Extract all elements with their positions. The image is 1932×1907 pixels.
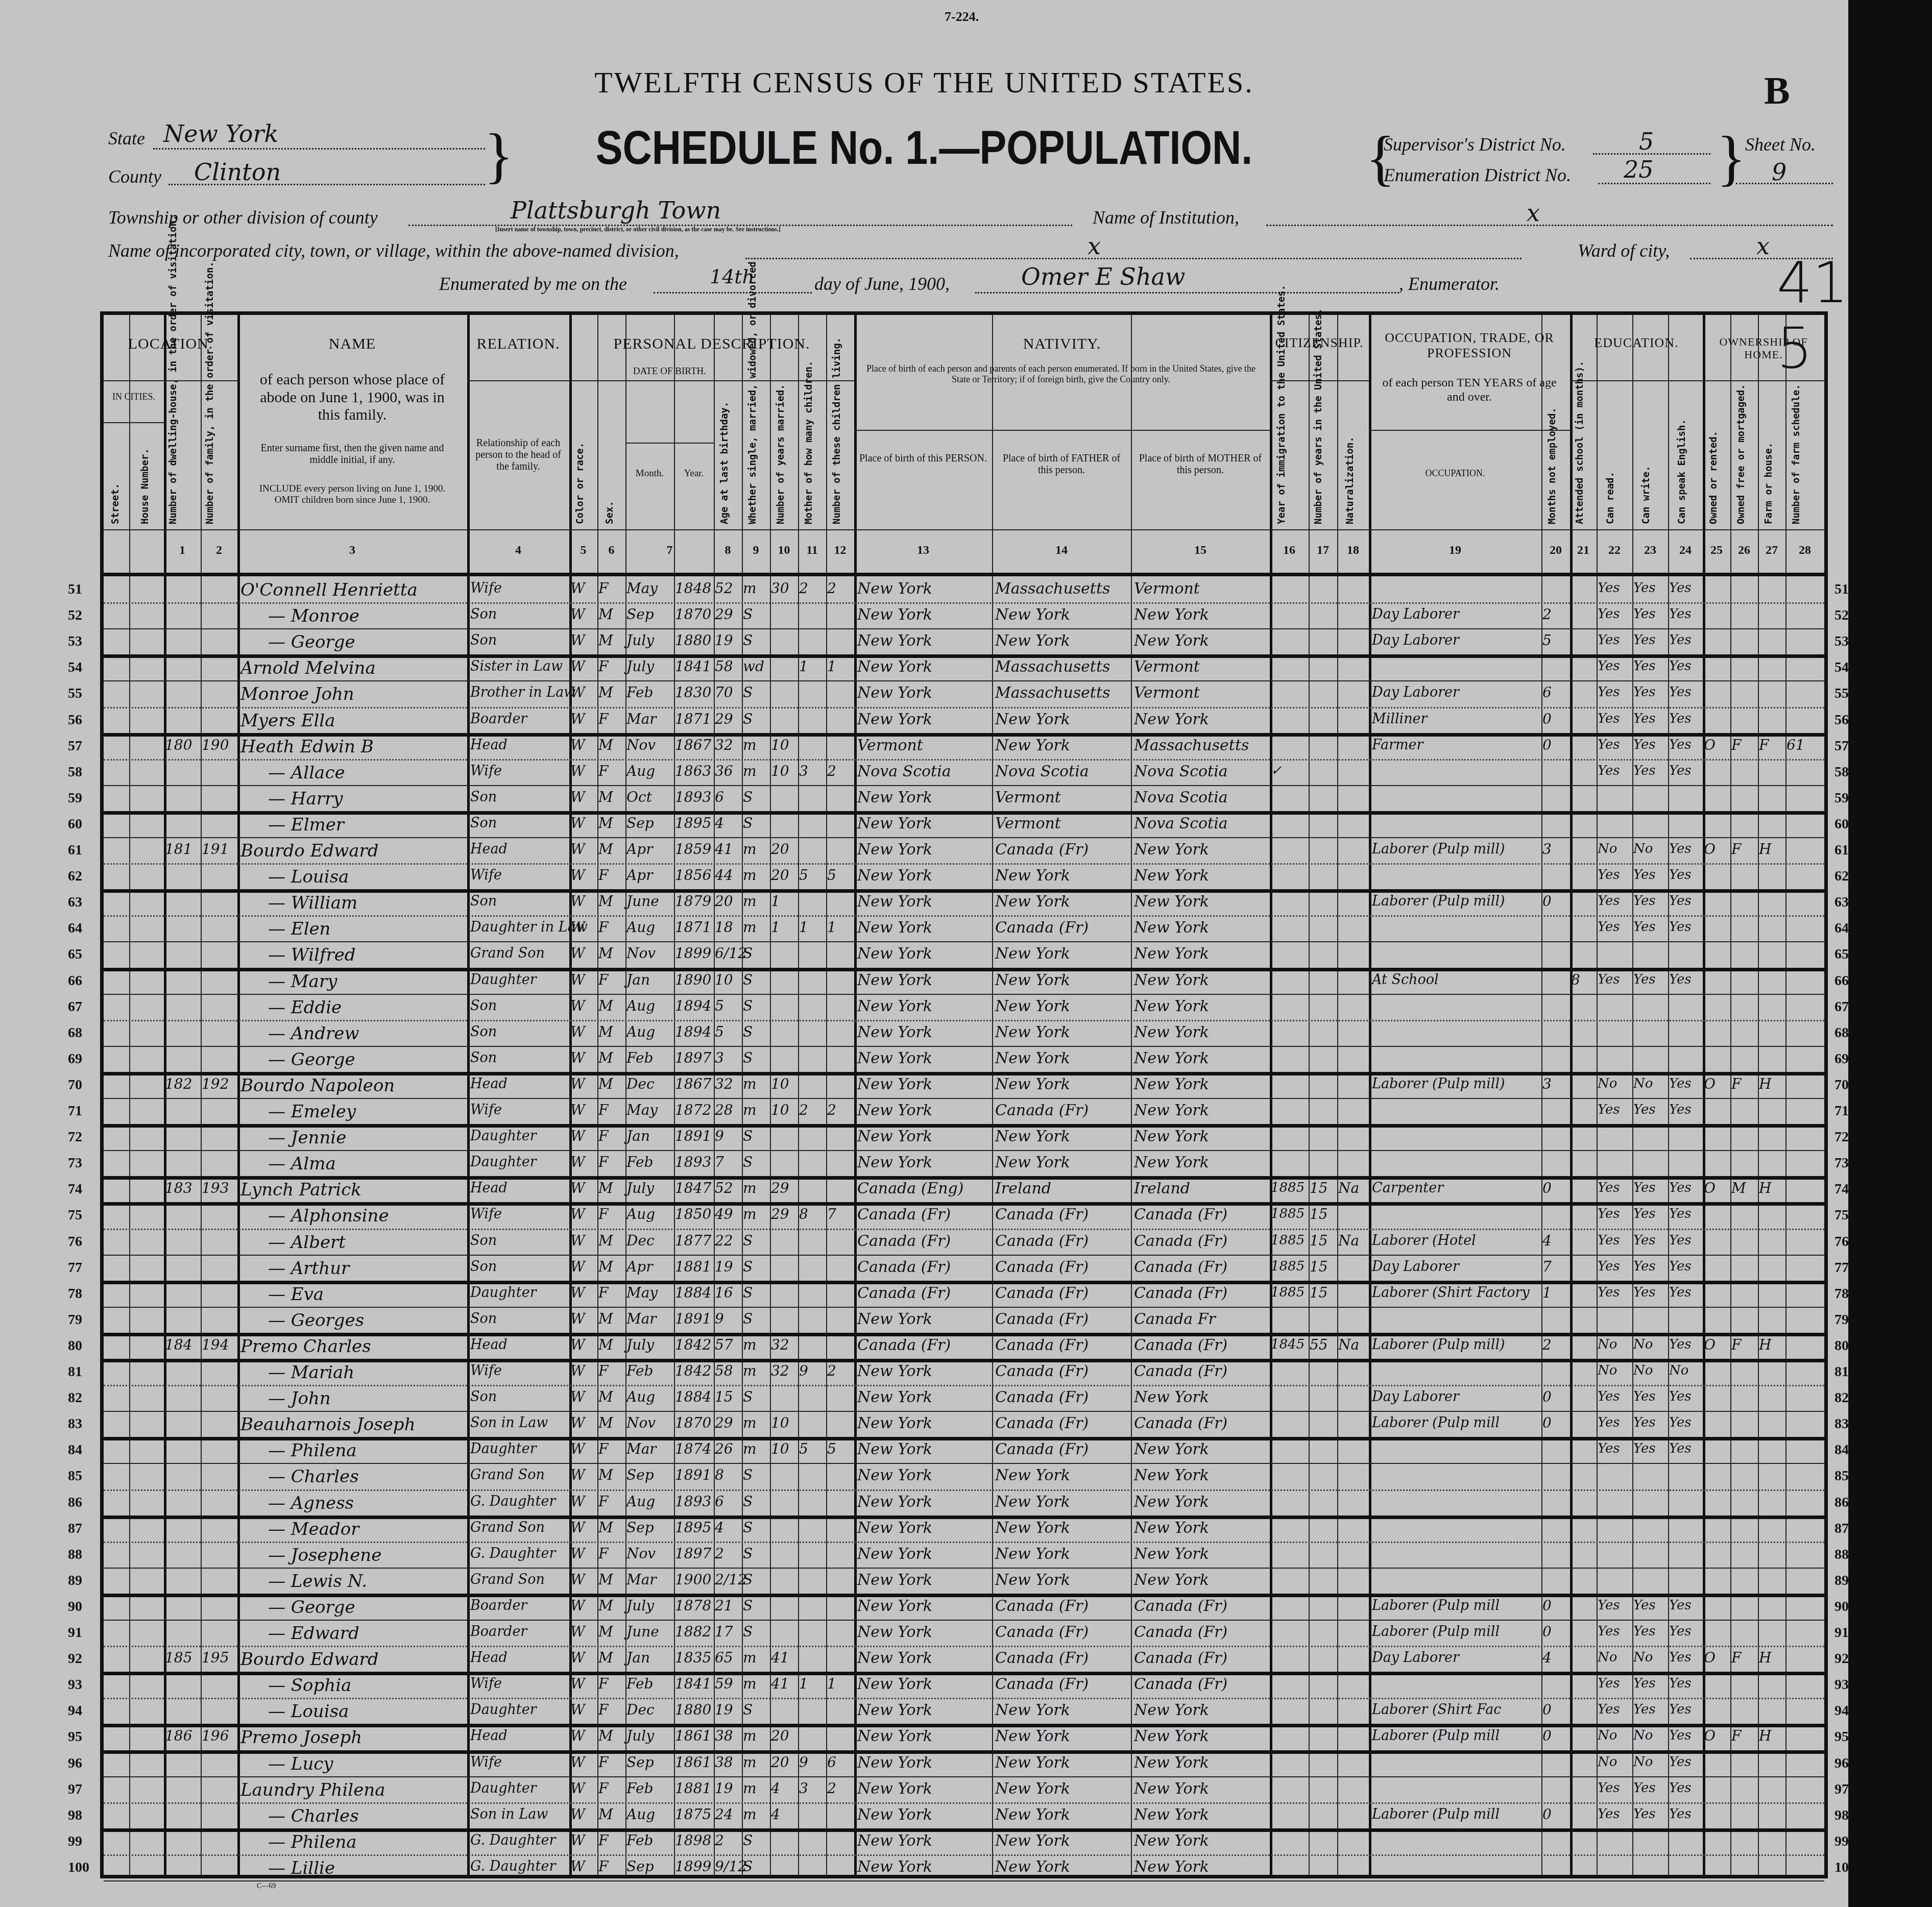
cell-mar: m: [743, 1103, 757, 1117]
cell-name: — William: [268, 894, 357, 912]
column-number: 7: [625, 544, 714, 557]
cell-moc: 3: [799, 764, 808, 778]
line-number-left: 74: [68, 1181, 82, 1197]
cell-occ: Day Laborer: [1372, 686, 1459, 699]
cell-mar: S: [743, 1860, 753, 1874]
cell-pob: New York: [857, 1364, 932, 1379]
cell-ym: 41: [771, 1677, 789, 1691]
cell-name: — Mary: [268, 973, 337, 990]
header-rule: [104, 573, 1824, 576]
line-number: 83: [1834, 1416, 1849, 1432]
cell-dw: 181: [165, 842, 192, 857]
enumerator-line: [975, 292, 1399, 294]
line-number-left: 52: [68, 607, 82, 624]
cell-read: Yes: [1598, 659, 1620, 673]
table-row: — EvaDaughterWFMay188416SCanada (Fr)Cana…: [104, 1281, 1824, 1307]
cell-year: 1899: [675, 946, 711, 961]
cell-read: Yes: [1598, 764, 1620, 777]
cell-color: W: [570, 1390, 585, 1404]
cell-sex: M: [598, 1729, 613, 1743]
cell-pobf: New York: [995, 1807, 1070, 1823]
cell-name: — Charles: [268, 1807, 359, 1825]
cell-pobf: New York: [995, 1495, 1070, 1510]
cell-month: Aug: [626, 1807, 655, 1822]
line-number-left: 93: [68, 1677, 82, 1693]
cell-pobf: Canada (Fr): [995, 1207, 1089, 1223]
cell-pobm: Nova Scotia: [1134, 790, 1228, 805]
cell-pob: New York: [857, 1103, 932, 1118]
cell-rel: Son: [470, 633, 497, 647]
cell-ym: 10: [771, 1077, 789, 1091]
cell-name: Monroe John: [240, 686, 354, 703]
table-row: 183193Lynch PatrickHeadWMJuly184752m29Ca…: [104, 1176, 1824, 1202]
cell-color: W: [570, 1495, 585, 1509]
cell-color: W: [570, 1129, 585, 1143]
cell-name: — Alma: [268, 1155, 336, 1172]
cell-rel: Son: [470, 1312, 497, 1326]
line-number: 53: [1834, 633, 1849, 650]
cell-read: No: [1598, 1364, 1617, 1377]
line-number: 67: [1834, 999, 1849, 1015]
cell-rel: Son: [470, 1051, 497, 1065]
cell-name: Arnold Melvina: [240, 659, 376, 677]
cell-eng: Yes: [1669, 1181, 1692, 1194]
cell-read: Yes: [1598, 1677, 1620, 1690]
table-row: Laundry PhilenaDaughterWFFeb188119m432Ne…: [104, 1776, 1824, 1802]
cell-rel: Head: [470, 1181, 508, 1195]
line-number-left: 76: [68, 1234, 82, 1250]
cell-pob: New York: [857, 894, 932, 910]
cell-pob: New York: [857, 1625, 932, 1640]
cell-year: 1847: [675, 1181, 711, 1195]
cell-ym: 4: [771, 1781, 780, 1796]
cell-mar: S: [743, 1390, 753, 1404]
cell-rel: Daughter: [470, 1129, 537, 1143]
census-sheet: 7-224. TWELFTH CENSUS OF THE UNITED STAT…: [0, 0, 1848, 1907]
cell-age: 19: [715, 1703, 733, 1717]
line-number-left: 77: [68, 1260, 82, 1276]
line-number: 82: [1834, 1390, 1849, 1406]
cell-year: 1894: [675, 999, 711, 1013]
cell-yrs: 15: [1310, 1207, 1328, 1221]
column-header-vertical: House Number.: [139, 397, 151, 524]
cell-fam: 195: [202, 1651, 229, 1665]
cell-age: 41: [715, 842, 733, 857]
cell-pobm: New York: [1134, 1729, 1209, 1744]
cell-age: 29: [715, 1416, 733, 1430]
cell-own: O: [1704, 1651, 1716, 1665]
cell-mne: 7: [1542, 1260, 1552, 1274]
line-number-left: 95: [68, 1729, 82, 1745]
cell-mar: S: [743, 999, 753, 1013]
cell-pobm: New York: [1134, 1547, 1209, 1562]
cell-year: 1898: [675, 1833, 711, 1848]
cell-name: — Lewis N.: [268, 1573, 367, 1590]
column-header-vertical: Street.: [110, 432, 121, 524]
cell-sex: M: [598, 1521, 613, 1535]
cell-pobm: New York: [1134, 1051, 1209, 1066]
cell-rel: Son: [470, 607, 497, 621]
ed-line: [1598, 183, 1710, 184]
cell-month: Jan: [626, 1129, 650, 1143]
cell-age: 9: [715, 1312, 724, 1326]
cell-mar: m: [743, 1364, 757, 1378]
cell-pobf: New York: [995, 894, 1070, 910]
cell-rel: Brother in Law: [470, 686, 575, 699]
cell-mar: S: [743, 1129, 753, 1143]
cell-mne: 2: [1542, 1338, 1552, 1352]
cell-pobf: New York: [995, 1155, 1070, 1170]
cell-month: May: [626, 1286, 658, 1300]
cell-pob: New York: [857, 868, 932, 884]
cell-imm: 1885: [1271, 1234, 1305, 1247]
line-number: 78: [1834, 1286, 1849, 1302]
cell-fh: H: [1759, 1077, 1771, 1091]
cell-read: Yes: [1598, 920, 1620, 934]
table-row: — LillieG. DaughterWFSep18999/12SNew Yor…: [104, 1854, 1824, 1880]
cell-ym: 20: [771, 1729, 789, 1743]
table-row: — MeadorGrand SonWMSep18954SNew YorkNew …: [104, 1515, 1824, 1542]
line-number: 66: [1834, 973, 1849, 989]
cell-year: 1879: [675, 894, 711, 909]
line-number: 57: [1834, 738, 1849, 754]
cell-year: 1894: [675, 1025, 711, 1039]
table-row: Beauharnois JosephSon in LawWMNov187029m…: [104, 1411, 1824, 1437]
cell-mne: 0: [1542, 1625, 1552, 1639]
line-number: 73: [1834, 1155, 1849, 1171]
line-number-left: 64: [68, 920, 82, 937]
cell-write: Yes: [1633, 1599, 1656, 1612]
table-row: — HarrySonWMOct18936SNew YorkVermontNova…: [104, 785, 1824, 811]
cell-mne: 3: [1542, 842, 1552, 857]
column-number: 2: [201, 544, 237, 557]
cell-own: O: [1704, 738, 1716, 752]
cell-eng: Yes: [1669, 1207, 1692, 1220]
column-header-vertical: Owned or rented.: [1708, 407, 1719, 524]
cell-color: W: [570, 1651, 585, 1665]
cell-write: Yes: [1633, 1286, 1656, 1299]
institution-label: Name of Institution,: [1093, 207, 1239, 228]
cell-pobm: New York: [1134, 1442, 1209, 1457]
cell-read: Yes: [1598, 1781, 1620, 1795]
cell-occ: Day Laborer: [1372, 1260, 1459, 1274]
cell-sex: M: [598, 1416, 613, 1430]
cell-name: Laundry Philena: [240, 1781, 385, 1799]
cell-sex: F: [598, 1547, 608, 1561]
cell-mar: m: [743, 1442, 757, 1456]
line-number: 68: [1834, 1025, 1849, 1041]
cell-color: W: [570, 816, 585, 830]
cell-pobm: Canada (Fr): [1134, 1651, 1227, 1666]
column-header-vertical: Naturalization.: [1344, 417, 1356, 524]
cell-month: Aug: [626, 999, 655, 1013]
cell-write: No: [1633, 1077, 1653, 1090]
cell-mar: S: [743, 1025, 753, 1039]
cell-name: Beauharnois Joseph: [240, 1416, 416, 1433]
cell-pob: Canada (Eng): [857, 1181, 964, 1196]
table-row: 186196Premo JosephHeadWMJuly186138m20New…: [104, 1724, 1824, 1750]
cell-year: 1867: [675, 1077, 711, 1091]
cell-write: Yes: [1633, 1103, 1656, 1116]
cell-month: Mar: [626, 1442, 657, 1456]
cell-pob: New York: [857, 1729, 932, 1744]
table-row: — ElenDaughter in LawWFAug187118m111New …: [104, 915, 1824, 941]
cell-pobm: New York: [1134, 894, 1209, 910]
cell-moc: 2: [799, 1103, 808, 1117]
cell-month: Aug: [626, 1207, 655, 1221]
cell-imm: 1885: [1271, 1260, 1305, 1273]
cell-mar: m: [743, 764, 757, 778]
cell-sex: M: [598, 1234, 613, 1248]
line-number: 99: [1834, 1833, 1849, 1850]
cell-color: W: [570, 920, 585, 935]
cell-fh: H: [1759, 1338, 1771, 1352]
cell-pobf: New York: [995, 1573, 1070, 1588]
cell-month: Dec: [626, 1077, 655, 1091]
cell-rel: Son: [470, 894, 497, 908]
cell-name: — Monroe: [268, 607, 359, 625]
cell-year: 1897: [675, 1051, 711, 1065]
header-rule: [104, 422, 164, 423]
cell-pobm: New York: [1134, 1025, 1209, 1040]
cell-pobf: New York: [995, 1729, 1070, 1744]
cell-pobm: Nova Scotia: [1134, 764, 1228, 779]
cell-eng: Yes: [1669, 1703, 1692, 1716]
cell-rel: G. Daughter: [470, 1860, 556, 1873]
cell-ym: 10: [771, 764, 789, 778]
cell-mar: S: [743, 1312, 753, 1326]
cell-year: 1871: [675, 920, 711, 935]
cell-month: Feb: [626, 1833, 653, 1848]
cell-sex: F: [598, 712, 608, 726]
cell-fm: M: [1731, 1181, 1746, 1195]
line-number-left: 58: [68, 764, 82, 780]
cell-year: 1893: [675, 1155, 711, 1169]
cell-write: Yes: [1633, 581, 1656, 595]
cell-yrs: 15: [1310, 1260, 1328, 1274]
cell-month: May: [626, 581, 658, 596]
cell-month: Mar: [626, 1312, 657, 1326]
cell-write: Yes: [1633, 1781, 1656, 1795]
ed-value: 25: [1624, 156, 1654, 183]
cell-color: W: [570, 607, 585, 622]
line-number-left: 89: [68, 1573, 82, 1589]
cell-rel: Son in Law: [470, 1807, 548, 1821]
cell-age: 10: [715, 973, 733, 987]
column-header-vertical: Attended school (in months).: [1574, 361, 1585, 524]
cell-month: Sep: [626, 607, 654, 622]
cell-write: Yes: [1633, 1442, 1656, 1455]
cell-mar: S: [743, 1051, 753, 1065]
cell-pobm: New York: [1134, 946, 1209, 962]
cell-pobm: New York: [1134, 1103, 1209, 1118]
cell-sex: F: [598, 868, 608, 883]
cell-moc: 5: [799, 868, 808, 883]
cell-color: W: [570, 1807, 585, 1822]
cell-color: W: [570, 1051, 585, 1065]
cell-read: Yes: [1598, 1207, 1620, 1220]
cell-rel: Head: [470, 1338, 508, 1352]
cell-pobf: New York: [995, 1547, 1070, 1562]
cell-pob: New York: [857, 1416, 932, 1431]
header-rule: [1570, 380, 1824, 381]
supervisor-label: Supervisor's District No.: [1384, 134, 1566, 155]
cell-cl: 5: [827, 1442, 836, 1456]
cell-year: 1881: [675, 1260, 711, 1274]
line-number-left: 59: [68, 790, 82, 806]
cell-occ: Farmer: [1372, 738, 1423, 752]
cell-year: 1893: [675, 790, 711, 804]
cell-occ: Laborer (Shirt Factory: [1372, 1286, 1530, 1300]
column-number: 9: [742, 544, 770, 557]
cell-own: O: [1704, 1077, 1716, 1091]
cell-write: Yes: [1633, 1625, 1656, 1638]
cell-name: — Jennie: [268, 1129, 346, 1146]
column-number: 21: [1570, 544, 1597, 557]
cell-pob: New York: [857, 1495, 932, 1510]
cell-month: July: [626, 659, 654, 674]
cell-name: — Charles: [268, 1468, 359, 1485]
cell-ym: 20: [771, 842, 789, 857]
table-row: — GeorgeSonWMFeb18973SNew YorkNew YorkNe…: [104, 1046, 1824, 1072]
cell-color: W: [570, 1077, 585, 1091]
cell-pobm: New York: [1134, 1155, 1209, 1170]
column-number: 22: [1597, 544, 1632, 557]
cell-sex: M: [598, 1573, 613, 1587]
state-line: [153, 148, 485, 150]
table-row: Arnold MelvinaSister in LawWFJuly184158w…: [104, 654, 1824, 680]
cell-cl: 1: [827, 920, 836, 935]
line-number-left: 51: [68, 581, 82, 598]
cell-write: Yes: [1633, 686, 1656, 699]
cell-mar: m: [743, 1755, 757, 1770]
cell-month: Feb: [626, 1781, 653, 1796]
cell-pobf: New York: [995, 712, 1070, 727]
cell-age: 59: [715, 1677, 733, 1691]
cell-fm: F: [1731, 1651, 1741, 1665]
cell-pobm: New York: [1134, 842, 1209, 858]
cell-age: 6: [715, 790, 724, 804]
cell-pob: New York: [857, 1129, 932, 1144]
cell-eng: Yes: [1669, 1260, 1692, 1273]
cell-year: 1872: [675, 1103, 711, 1117]
cell-year: 1863: [675, 764, 711, 778]
cell-pobf: Canada (Fr): [995, 1677, 1089, 1692]
cell-nat: Na: [1338, 1234, 1359, 1248]
cell-occ: Carpenter: [1372, 1181, 1443, 1195]
cell-pobm: New York: [1134, 920, 1209, 936]
cell-read: Yes: [1598, 581, 1620, 595]
cell-mar: S: [743, 1495, 753, 1509]
cell-month: Mar: [626, 712, 657, 726]
cell-mar: m: [743, 868, 757, 883]
cell-pobm: Vermont: [1134, 659, 1200, 675]
cell-ym: 29: [771, 1181, 789, 1195]
cell-pobf: Ireland: [995, 1181, 1051, 1196]
cell-pob: New York: [857, 581, 932, 597]
cell-age: 52: [715, 581, 733, 596]
cell-read: Yes: [1598, 1625, 1620, 1638]
line-number-left: 84: [68, 1442, 82, 1458]
cell-read: No: [1598, 1077, 1617, 1090]
cell-rel: Grand Son: [470, 1468, 545, 1482]
cell-fh: H: [1759, 1729, 1771, 1743]
cell-color: W: [570, 790, 585, 804]
cell-ym: 1: [771, 920, 780, 935]
cell-eng: Yes: [1669, 842, 1692, 855]
cell-age: 8: [715, 1468, 724, 1482]
cell-name: — Louisa: [268, 868, 349, 886]
cell-pob: New York: [857, 999, 932, 1014]
column-number: 6: [597, 544, 625, 557]
cell-name: — John: [268, 1390, 331, 1407]
cell-write: Yes: [1633, 607, 1656, 621]
cell-pob: New York: [857, 659, 932, 675]
city-line: [745, 258, 1522, 259]
cell-read: Yes: [1598, 868, 1620, 882]
cell-write: No: [1633, 1729, 1653, 1742]
cell-eng: Yes: [1669, 973, 1692, 986]
cell-fam: 193: [202, 1181, 229, 1195]
line-number: 94: [1834, 1703, 1849, 1719]
cell-rel: Daughter: [470, 1155, 537, 1169]
cell-dw: 184: [165, 1338, 192, 1352]
cell-sex: M: [598, 1468, 613, 1482]
table-row: — PhilenaDaughterWFMar187426m1055New Yor…: [104, 1437, 1824, 1463]
cell-moc: 9: [799, 1364, 808, 1378]
cell-mar: S: [743, 1547, 753, 1561]
line-number: 63: [1834, 894, 1849, 911]
line-number: 74: [1834, 1181, 1849, 1197]
cell-pob: New York: [857, 790, 932, 805]
cell-ym: 10: [771, 1103, 789, 1117]
cell-eng: Yes: [1669, 686, 1692, 699]
column-number: 14: [992, 544, 1131, 557]
cell-mar: S: [743, 1286, 753, 1300]
cell-imm: 1845: [1271, 1338, 1305, 1351]
header-rule: [1270, 380, 1369, 381]
cell-month: June: [626, 894, 659, 909]
cell-mne: 0: [1542, 1181, 1552, 1195]
cell-pobm: New York: [1134, 868, 1209, 884]
column-header-vertical: Number of dwelling-house, in the order o…: [167, 346, 179, 524]
cell-occ: Milliner: [1372, 712, 1427, 726]
cell-sex: M: [598, 790, 613, 804]
cell-eng: Yes: [1669, 920, 1692, 934]
column-header-vertical: Can read.: [1605, 448, 1616, 524]
table-row: — PhilenaG. DaughterWFFeb18982SNew YorkN…: [104, 1828, 1824, 1854]
cell-sex: M: [598, 894, 613, 909]
cell-name: — Andrew: [268, 1025, 359, 1042]
cell-dw: 180: [165, 738, 192, 752]
column-header-vertical: Farm or house.: [1763, 407, 1774, 524]
cell-color: W: [570, 1234, 585, 1248]
line-number-left: 80: [68, 1338, 82, 1354]
cell-mar: S: [743, 1833, 753, 1848]
census-title: TWELFTH CENSUS OF THE UNITED STATES.: [0, 65, 1848, 100]
table-row: 180190Heath Edwin BHeadWMNov186732m10Ver…: [104, 733, 1824, 759]
cell-pobm: New York: [1134, 1833, 1209, 1849]
cell-sex: F: [598, 764, 608, 778]
cell-pobm: Canada (Fr): [1134, 1677, 1227, 1692]
cell-mne: 4: [1542, 1234, 1552, 1248]
column-header-vertical: Sex.: [604, 483, 615, 524]
column-header-vertical: Number of farm schedule.: [1791, 361, 1802, 524]
cell-color: W: [570, 764, 585, 778]
cell-color: W: [570, 842, 585, 857]
cell-pobf: Canada (Fr): [995, 1338, 1089, 1353]
column-header-vertical: Color or race.: [574, 417, 586, 524]
